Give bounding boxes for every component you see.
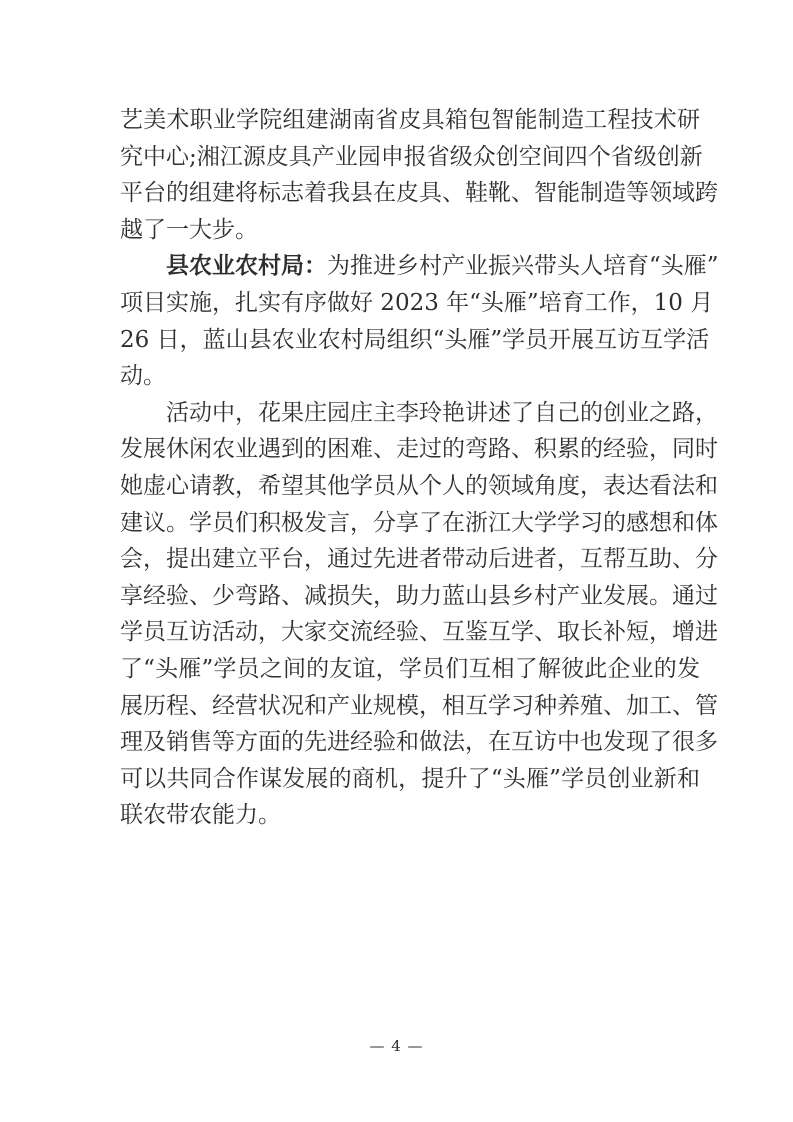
text-segment: 为推进乡村产业振兴带头人培育“头雁” <box>327 253 719 279</box>
text-line: 理及销售等方面的先进经验和做法，在互访中也发现了很多 <box>120 724 700 761</box>
text-line: 享经验、少弯路、减损失，助力蓝山县乡村产业发展。通过 <box>120 578 700 615</box>
text-line: 她虚心请教，希望其他学员从个人的领域角度，表达看法和 <box>120 468 700 505</box>
text-line: 展历程、经营状况和产业规模，相互学习种养殖、加工、管 <box>120 688 700 725</box>
paragraph-industry-platforms: 艺美术职业学院组建湖南省皮具箱包智能制造工程技术研究中心;湘江源皮具产业园申报省… <box>120 102 700 248</box>
bold-lead-text: 县农业农村局： <box>166 252 327 279</box>
text-line: 可以共同合作谋发展的商机，提升了“头雁”学员创业新和 <box>120 761 700 798</box>
text-line: 26 日，蓝山县农业农村局组织“头雁”学员开展互访互学活 <box>120 322 700 359</box>
text-line: 平台的组建将标志着我县在皮具、鞋靴、智能制造等领域跨 <box>120 175 700 212</box>
text-line: 越了一大步。 <box>120 212 700 249</box>
text-line: 发展休闲农业遇到的困难、走过的弯路、积累的经验，同时 <box>120 431 700 468</box>
text-line: 建议。学员们积极发言，分享了在浙江大学学习的感想和体 <box>120 505 700 542</box>
text-line: 会，提出建立平台，通过先进者带动后进者，互帮互助、分 <box>120 541 700 578</box>
text-line: 活动中，花果庄园庄主李玲艳讲述了自己的创业之路， <box>120 395 700 432</box>
text-line: 联农带农能力。 <box>120 797 700 834</box>
document-page: 艺美术职业学院组建湖南省皮具箱包智能制造工程技术研究中心;湘江源皮具产业园申报省… <box>0 0 793 1122</box>
document-body: 艺美术职业学院组建湖南省皮具箱包智能制造工程技术研究中心;湘江源皮具产业园申报省… <box>120 102 700 834</box>
paragraph-activity-details: 活动中，花果庄园庄主李玲艳讲述了自己的创业之路，发展休闲农业遇到的困难、走过的弯… <box>120 395 700 834</box>
text-line: 学员互访活动，大家交流经验、互鉴互学、取长补短，增进 <box>120 614 700 651</box>
text-line: 县农业农村局：为推进乡村产业振兴带头人培育“头雁” <box>120 248 700 285</box>
text-line: 究中心;湘江源皮具产业园申报省级众创空间四个省级创新 <box>120 139 700 176</box>
page-footer: — 4 — <box>0 1036 793 1056</box>
text-line: 项目实施，扎实有序做好 2023 年“头雁”培育工作，10 月 <box>120 285 700 322</box>
text-line: 动。 <box>120 358 700 395</box>
page-number: — 4 — <box>369 1037 423 1055</box>
paragraph-county-agriculture-bureau: 县农业农村局：为推进乡村产业振兴带头人培育“头雁”项目实施，扎实有序做好 202… <box>120 248 700 394</box>
text-line: 艺美术职业学院组建湖南省皮具箱包智能制造工程技术研 <box>120 102 700 139</box>
text-line: 了“头雁”学员之间的友谊，学员们互相了解彼此企业的发 <box>120 651 700 688</box>
